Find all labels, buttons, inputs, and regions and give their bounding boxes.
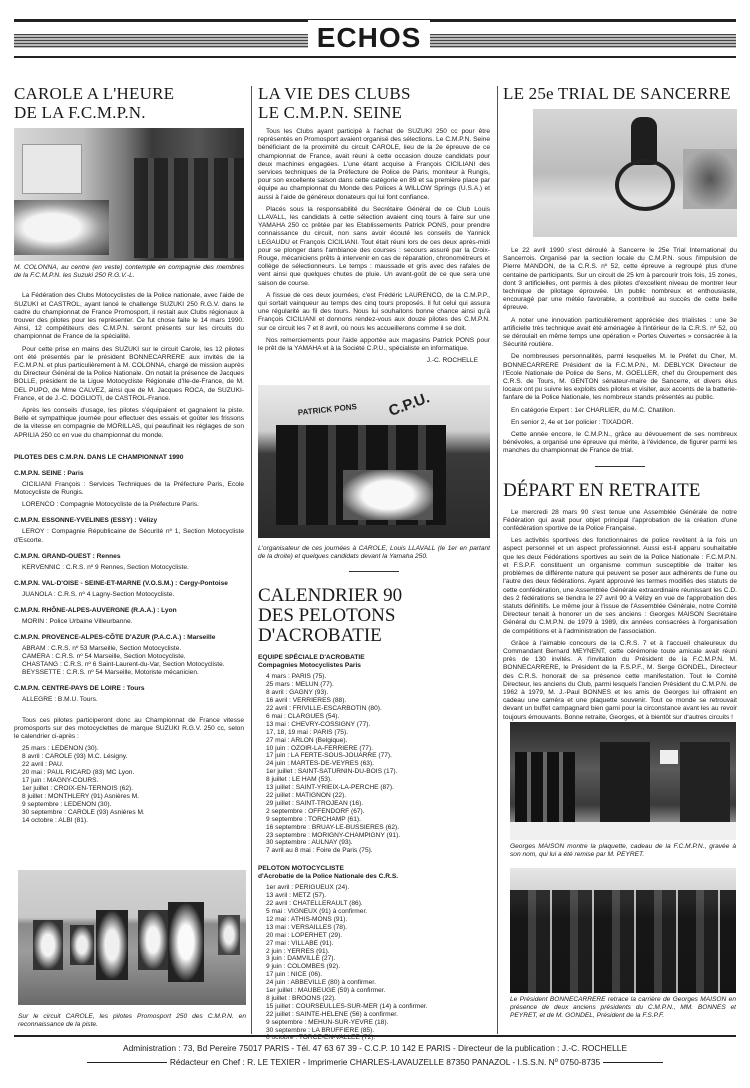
calendar-entry: 9 septembre : TORCHAMP (61). — [266, 816, 490, 824]
group-subheading: d'Acrobatie de la Police Nationale des C… — [258, 873, 490, 881]
pilot-line: MORIN : Police Urbaine Villeurbanne. — [14, 618, 244, 626]
article-title: DÉPART EN RETRAITE — [503, 481, 737, 501]
calendar-entry: 13 mai : VERSAILLES (78). — [266, 924, 490, 932]
masthead-left-bar — [14, 34, 308, 48]
pilot-line: LEROY : Compagnie Républicaine de Sécuri… — [14, 528, 244, 544]
author-signature: J.-C. ROCHELLE — [258, 357, 490, 364]
footer-rule-right — [603, 1062, 663, 1063]
pilot-line: KERVENNIC : C.R.S. nº 9 Rennes, Section … — [14, 564, 244, 572]
calendar-entry: 9 septembre : MEHUN-SUR-YEVRE (18). — [266, 1019, 490, 1027]
calendar-entry: 12 mai : ATHIS-MONS (91). — [266, 916, 490, 924]
calendar-entry: 8 juillet : BROONS (22). — [266, 995, 490, 1003]
pilot-line: CICILIANI François : Services Techniques… — [14, 481, 244, 497]
calendar-entry: 23 septembre : MORIGNY-CHAMPIGNY (91). — [266, 832, 490, 840]
paragraph: De nombreuses personnalités, parmi lesqu… — [503, 353, 737, 402]
calendar-entry: 30 septembre : CAROLE (93) Asnières M. — [22, 809, 244, 817]
group-subheading: Compagnies Motocyclistes Paris — [258, 662, 490, 670]
photo-trial-rider — [533, 109, 737, 237]
paragraph: Tous ces pilotes participeront donc au C… — [14, 717, 244, 742]
club-block: C.M.P.N. VAL-D'OISE - SEINE-ET-MARNE (V.… — [14, 580, 244, 599]
article-vie-des-clubs: LA VIE DES CLUBS LE C.M.P.N. SEINE Tous … — [258, 84, 490, 364]
photo-caption: Sur le circuit CAROLE, les pilotes Promo… — [18, 1013, 246, 1029]
calendar-entry: 17 juin : NICE (06). — [266, 971, 490, 979]
club-name: C.M.P.N. CENTRE-PAYS DE LOIRE : Tours — [14, 685, 244, 693]
club-block: C.M.P.N. SEINE : Paris CICILIANI Françoi… — [14, 470, 244, 510]
club-block: C.M.P.N. CENTRE-PAYS DE LOIRE : Tours AL… — [14, 685, 244, 704]
table-shape — [510, 822, 736, 840]
rider-shape — [168, 902, 204, 982]
paragraph: Placés sous la responsabilité du Secréta… — [258, 206, 490, 288]
van-brand-label: PATRICK PONS — [297, 402, 360, 422]
paragraph: Grâce à l'aimable concours de la C.R.S. … — [503, 640, 737, 722]
promosport-calendar: 25 mars : LEDENON (30). 8 avril : CAROLE… — [22, 745, 244, 825]
trees-shape — [683, 149, 737, 209]
figure-bonnecarrere: Le Président BONNECARRERE retrace la car… — [510, 868, 736, 1021]
people-group-shape — [510, 890, 736, 993]
photo-caption: L'organisateur de ces journées à CAROLE,… — [258, 545, 490, 561]
calendar-entry: 27 mai : VILLABE (91). — [266, 940, 490, 948]
section-title: ECHOS — [308, 20, 430, 56]
calendar-section: L'organisateur de ces journées à CAROLE,… — [258, 542, 490, 1042]
club-name: C.M.P.N. SEINE : Paris — [14, 470, 244, 478]
calendar-entry: 17 juin : MAGNY-COURS. — [22, 777, 244, 785]
pilot-line: CHASTANG : C.R.S. nº 6 Saint-Laurent-du-… — [22, 661, 244, 669]
group-heading: PELOTON MOTOCYCLISTE — [258, 865, 490, 873]
calendar-entry: 25 mars : LEDENON (30). — [22, 745, 244, 753]
photo-carole-track — [18, 870, 246, 1005]
calendar-entry: 17, 18, 19 mai : PARIS (75). — [266, 729, 490, 737]
calendar-entry: 14 octobre : ALBI (81). — [22, 817, 244, 825]
calendar-entry: 24 juin : MARTES-DE-VEYRES (63). — [266, 760, 490, 768]
separator-rule — [349, 571, 399, 572]
pilot-line: BEYSSETTE : C.R.S. nº 54 Marseille, Moto… — [22, 669, 244, 677]
calendar-entry: 20 mai : LOPERHET (29). — [266, 932, 490, 940]
photo-caption: M. COLONNA, au centre (en veste) contemp… — [14, 264, 244, 280]
calendar-entry: 5 mai : VIGNEUX (91) à confirmer. — [266, 908, 490, 916]
title-line: LA VIE DES CLUBS — [258, 84, 411, 103]
pilot-line: ALLEGRE : B.M.U. Tours. — [14, 696, 244, 704]
paragraph: Le mercredi 28 mars 90 s'est tenue une A… — [503, 509, 737, 534]
yamaha-motorcycle-shape — [343, 470, 433, 520]
motorcycles-shape — [14, 200, 109, 255]
calendar-entry: 13 avril : METZ (57). — [266, 892, 490, 900]
calendar-entry: 2 juin : YERRES (91). — [266, 948, 490, 956]
article-title: LA VIE DES CLUBS LE C.M.P.N. SEINE — [258, 84, 490, 122]
paragraph: Les activités sportives des fonctionnair… — [503, 537, 737, 635]
masthead-right-bar — [430, 34, 736, 48]
trailer-shape — [22, 144, 82, 194]
footer-rule-left — [87, 1062, 167, 1063]
masthead-bottom-rule — [14, 56, 736, 58]
person-shape — [680, 742, 730, 822]
calendar-entry: 1er juillet : CROIX-EN-TERNOIS (62). — [22, 785, 244, 793]
photo-caption: Georges MAISON montre la plaquette, cade… — [510, 843, 736, 859]
calendar-entry: 8 juillet : LE HAM (53). — [266, 776, 490, 784]
calendar-entry: 13 juillet : SAINT-YRIEIX-LA-PERCHE (87)… — [266, 784, 490, 792]
calendar-entry: 8 juillet : MONTHLERY (91) Asnières M. — [22, 793, 244, 801]
separator-rule — [595, 466, 645, 467]
club-name: C.M.P.N. ESSONNE-YVELINES (ESSY) : Véliz… — [14, 517, 244, 525]
calendar-entry: 1er avril : PERIGUEUX (24). — [266, 884, 490, 892]
footer-line2: Rédacteur en Chef : R. LE TEXIER - Impri… — [0, 1057, 750, 1067]
paragraph: Après les conseils d'usage, les pilotes … — [14, 407, 244, 440]
title-line: CALENDRIER 90 — [258, 585, 402, 606]
pilots-heading: PILOTES DES C.M.P.N. DANS LE CHAMPIONNAT… — [14, 454, 244, 462]
title-line: LE C.M.P.N. SEINE — [258, 103, 402, 122]
calendar-entry: 10 juin : OZOIR-LA-FERRIERE (77). — [266, 745, 490, 753]
paragraph: Cette année encore, le C.M.P.N., grâce a… — [503, 431, 737, 456]
paragraph: Le 22 avril 1990 s'est déroulé à Sancerr… — [503, 247, 737, 313]
pilot-line: LORENCO : Compagnie Motocycliste de la P… — [14, 501, 244, 509]
calendar-entry: 25 mars : MELUN (77). — [266, 681, 490, 689]
article-title: LE 25e TRIAL DE SANCERRE — [503, 84, 737, 103]
paragraph: A noter une innovation particulièrement … — [503, 317, 737, 350]
calendar-entry: 13 mai : CHEVRY-COSSIGNY (77). — [266, 721, 490, 729]
calendar-entry: 7 avril au 8 mai : Foire de Paris (75). — [266, 847, 490, 855]
rider-shape — [33, 920, 63, 970]
rider-shape — [138, 910, 168, 970]
pilot-line: JUANOLA : C.R.S. nº 4 Lagny-Section Moto… — [14, 591, 244, 599]
calendar-entry: 27 mai : ARLON (Belgique). — [266, 737, 490, 745]
calendar-entry: 22 avril : CHATELLERAULT (86). — [266, 900, 490, 908]
paragraph: Tous les Clubs ayant participé à l'achat… — [258, 128, 490, 202]
calendar-entry: 8 avril : CAROLE (93) M.C. Lésigny. — [22, 753, 244, 761]
article-title: CAROLE A L'HEURE DE LA F.C.M.P.N. — [14, 84, 244, 122]
footer-editor: Rédacteur en Chef : R. LE TEXIER - Impri… — [170, 1057, 600, 1067]
calendar-entry: 4 mars : PARIS (75). — [266, 673, 490, 681]
club-block: C.M.P.N. ESSONNE-YVELINES (ESSY) : Véliz… — [14, 517, 244, 544]
paragraph: Pour cette prise en mains des SUZUKI sur… — [14, 346, 244, 403]
article-carole: CAROLE A L'HEURE DE LA F.C.M.P.N. M. COL… — [14, 84, 244, 825]
pilot-line: ABRAM : C.R.S. nº 53 Marseille, Section … — [22, 645, 244, 653]
column-divider — [497, 86, 498, 1034]
calendar-title: CALENDRIER 90 DES PELOTONS D'ACROBATIE — [258, 586, 490, 646]
calendar-entry: 15 juillet : COURSEULLES-SUR-MER (14) à … — [266, 1003, 490, 1011]
club-name: C.M.P.N. RHÔNE-ALPES-AUVERGNE (R.A.A.) :… — [14, 607, 244, 615]
wheel-shape — [615, 159, 675, 211]
title-line: DES PELOTONS D'ACROBATIE — [258, 605, 395, 646]
club-block: C.M.P.N. RHÔNE-ALPES-AUVERGNE (R.A.A.) :… — [14, 607, 244, 626]
calendar-entry: 8 avril : GAGNY (93). — [266, 689, 490, 697]
calendar-entry: 9 septembre : LEDENON (30). — [22, 801, 244, 809]
club-name: C.M.P.N. VAL-D'OISE - SEINE-ET-MARNE (V.… — [14, 580, 244, 588]
plaquette-shape — [660, 750, 678, 764]
club-block: C.M.P.N. GRAND-OUEST : Rennes KERVENNIC … — [14, 553, 244, 572]
calendar-entry: 20 mai : PAUL RICARD (83) MC Lyon. — [22, 769, 244, 777]
title-line: CAROLE A L'HEURE — [14, 84, 174, 103]
truck-brand-label: C.P.U. — [386, 385, 449, 423]
figure-carole-track — [18, 870, 246, 1005]
calendar-entry: 22 juillet : MATIGNON (22). — [266, 792, 490, 800]
calendar-entry: 30 septembre : AULNAY (93). — [266, 839, 490, 847]
calendar-entry: 22 avril : PAU. — [22, 761, 244, 769]
acrobatie-crs-list: 1er avril : PERIGUEUX (24). 13 avril : M… — [266, 884, 490, 1042]
rider-shape — [70, 925, 94, 965]
acrobatie-paris-list: 4 mars : PARIS (75). 25 mars : MELUN (77… — [266, 673, 490, 855]
club-name: C.M.P.N. PROVENCE-ALPES-CÔTE D'AZUR (P.A… — [14, 634, 244, 642]
calendar-entry: 30 septembre : LA BRUFFIERE (85). — [266, 1027, 490, 1035]
calendar-entry: 6 mai : CLARGUES (54). — [266, 713, 490, 721]
rider-shape — [218, 915, 240, 955]
person-shape — [600, 742, 650, 822]
title-line: DE LA F.C.M.P.N. — [14, 103, 146, 122]
photo-colonna-suzuki — [14, 128, 244, 261]
column-divider — [251, 86, 252, 1034]
calendar-entry: 22 avril : FRIVILLE-ESCARBOTIN (80). — [266, 705, 490, 713]
group-heading: EQUIPE SPÉCIALE D'ACROBATIE — [258, 654, 490, 662]
calendar-entry: 16 avril : VERRIERES (88). — [266, 697, 490, 705]
paragraph: Nos remerciements pour l'aide apportée a… — [258, 337, 490, 353]
paragraph: La Fédération des Clubs Motocyclistes de… — [14, 292, 244, 341]
calendar-entry: 22 juillet : SAINTE-HELENE (56) à confir… — [266, 1011, 490, 1019]
calendar-entry: 17 juin : LA FERTE-SOUS-JOUARRE (77). — [266, 752, 490, 760]
club-name: C.M.P.N. GRAND-OUEST : Rennes — [14, 553, 244, 561]
paragraph: En catégorie Expert : 1er CHARLIER, du M… — [503, 407, 737, 415]
people-group-shape — [134, 158, 244, 258]
calendar-entry: 1er juillet : MAUBEUGE (59) à confirmer. — [266, 987, 490, 995]
calendar-entry: 1er juillet : SAINT-SATURNIN-DU-BOIS (17… — [266, 768, 490, 776]
paragraph: A l'issue de ces deux journées, c'est Fr… — [258, 292, 490, 333]
photo-maison-plaquette — [510, 722, 736, 840]
rider-shape — [631, 117, 657, 165]
calendar-entry: 29 juillet : SAINT-TROJEAN (16). — [266, 800, 490, 808]
calendar-entry: 24 juin : ABBEVILLE (80) à confirmer. — [266, 979, 490, 987]
photo-caption: Le Président BONNECARRERE retrace la car… — [510, 996, 736, 1021]
photo-bonnecarrere — [510, 868, 736, 993]
people-shape — [515, 752, 575, 822]
calendar-entry: 9 juin : COLOMBES (92). — [266, 963, 490, 971]
calendar-entry: 16 septembre : BRUAY-LE-BUSSIERES (62). — [266, 824, 490, 832]
article-trial-sancerre: LE 25e TRIAL DE SANCERRE Le 22 avril 199… — [503, 84, 737, 726]
calendar-entry: 3 juin : DAMVILLE (27). — [266, 955, 490, 963]
paragraph: En senior 2, 4e et 1er policier : TIXADO… — [503, 419, 737, 427]
calendar-entry: 2 septembre : OFFENDORF (67). — [266, 808, 490, 816]
club-block: C.M.P.N. PROVENCE-ALPES-CÔTE D'AZUR (P.A… — [14, 634, 244, 677]
pilot-line: CAMERA : C.R.S. nº 54 Marseille, Section… — [22, 653, 244, 661]
footer-top-rule — [14, 1035, 736, 1037]
figure-llavall-yamaha: PATRICK PONS C.P.U. — [258, 385, 490, 538]
rider-shape — [96, 910, 128, 980]
footer-administration: Administration : 73, Bd Pereire 75017 PA… — [0, 1043, 750, 1053]
photo-llavall-yamaha: PATRICK PONS C.P.U. — [258, 385, 490, 538]
figure-maison-plaquette: Georges MAISON montre la plaquette, cade… — [510, 722, 736, 859]
